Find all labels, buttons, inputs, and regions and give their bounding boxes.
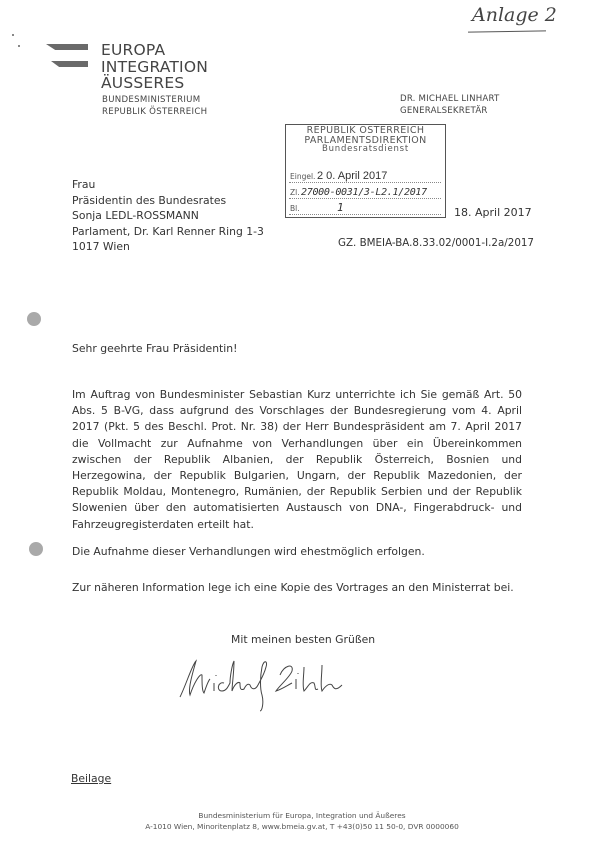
address-line: Frau — [72, 177, 264, 193]
footer: Bundesministerium für Europa, Integratio… — [0, 811, 604, 832]
recipient-address: Frau Präsidentin des Bundesrates Sonja L… — [72, 177, 264, 255]
logo-subline: BUNDESMINISTERIUM — [102, 95, 207, 107]
address-line: 1017 Wien — [72, 239, 264, 255]
austrian-flag-bar-icon — [51, 61, 88, 67]
footer-line: Bundesministerium für Europa, Integratio… — [0, 811, 604, 822]
scan-speck — [18, 45, 20, 47]
ministry-logo-title: EUROPA INTEGRATION ÄUSSERES — [101, 42, 208, 92]
logo-line: INTEGRATION — [101, 59, 208, 76]
address-line: Präsidentin des Bundesrates — [72, 193, 264, 209]
ministry-logo-subtitle: BUNDESMINISTERIUM REPUBLIK ÖSTERREICH — [102, 95, 207, 118]
body-paragraph-3: Zur näheren Information lege ich eine Ko… — [72, 581, 514, 594]
stamp-bl-number: 1 — [337, 201, 344, 214]
closing: Mit meinen besten Grüßen — [231, 633, 375, 646]
handwritten-signature-icon — [172, 655, 372, 713]
footer-line: A-1010 Wien, Minoritenplatz 8, www.bmeia… — [0, 822, 604, 833]
stamp-zl-row: Zl. 27000-0031/3-L2.1/2017 — [289, 185, 441, 199]
stamp-label: Zl. — [290, 188, 300, 197]
stamp-zl-number: 27000-0031/3-L2.1/2017 — [301, 187, 427, 198]
stamp-line: Bundesratsdienst — [286, 145, 445, 155]
stamp-received-date: 2 0. April 2017 — [317, 170, 387, 182]
sender-block: DR. MICHAEL LINHART GENERALSEKRETÄR — [400, 94, 499, 117]
stamp-label: Bl. — [290, 204, 300, 213]
stamp-received-row: Eingel. 2 0. April 2017 — [289, 169, 441, 183]
annotation-underline — [468, 30, 546, 32]
address-line: Parlament, Dr. Karl Renner Ring 1-3 — [72, 224, 264, 240]
stamp-label: Eingel. — [290, 172, 315, 181]
austrian-flag-bar-icon — [46, 44, 88, 50]
salutation: Sehr geehrte Frau Präsidentin! — [72, 342, 237, 355]
logo-subline: REPUBLIK ÖSTERREICH — [102, 107, 207, 119]
handwritten-annotation: Anlage 2 — [472, 4, 557, 26]
punch-hole — [27, 312, 41, 326]
sender-title: GENERALSEKRETÄR — [400, 106, 499, 118]
sender-name: DR. MICHAEL LINHART — [400, 94, 499, 106]
receipt-stamp: REPUBLIK ÖSTERREICH PARLAMENTSDIREKTION … — [285, 124, 446, 218]
address-line: Sonja LEDL-ROSSMANN — [72, 208, 264, 224]
letter-date: 18. April 2017 — [454, 206, 532, 219]
reference-number: GZ. BMEIA-BA.8.33.02/0001-I.2a/2017 — [338, 237, 534, 249]
body-paragraph-2: Die Aufnahme dieser Verhandlungen wird e… — [72, 545, 425, 558]
enclosure-label: Beilage — [71, 772, 111, 785]
punch-hole — [29, 542, 43, 556]
scan-speck — [12, 34, 14, 36]
body-paragraph-1: Im Auftrag von Bundesminister Sebastian … — [72, 387, 522, 533]
stamp-header: REPUBLIK ÖSTERREICH PARLAMENTSDIREKTION … — [286, 126, 445, 155]
stamp-bl-row: Bl. 1 — [289, 201, 441, 215]
logo-line: EUROPA — [101, 42, 208, 59]
logo-line: ÄUSSERES — [101, 75, 208, 92]
